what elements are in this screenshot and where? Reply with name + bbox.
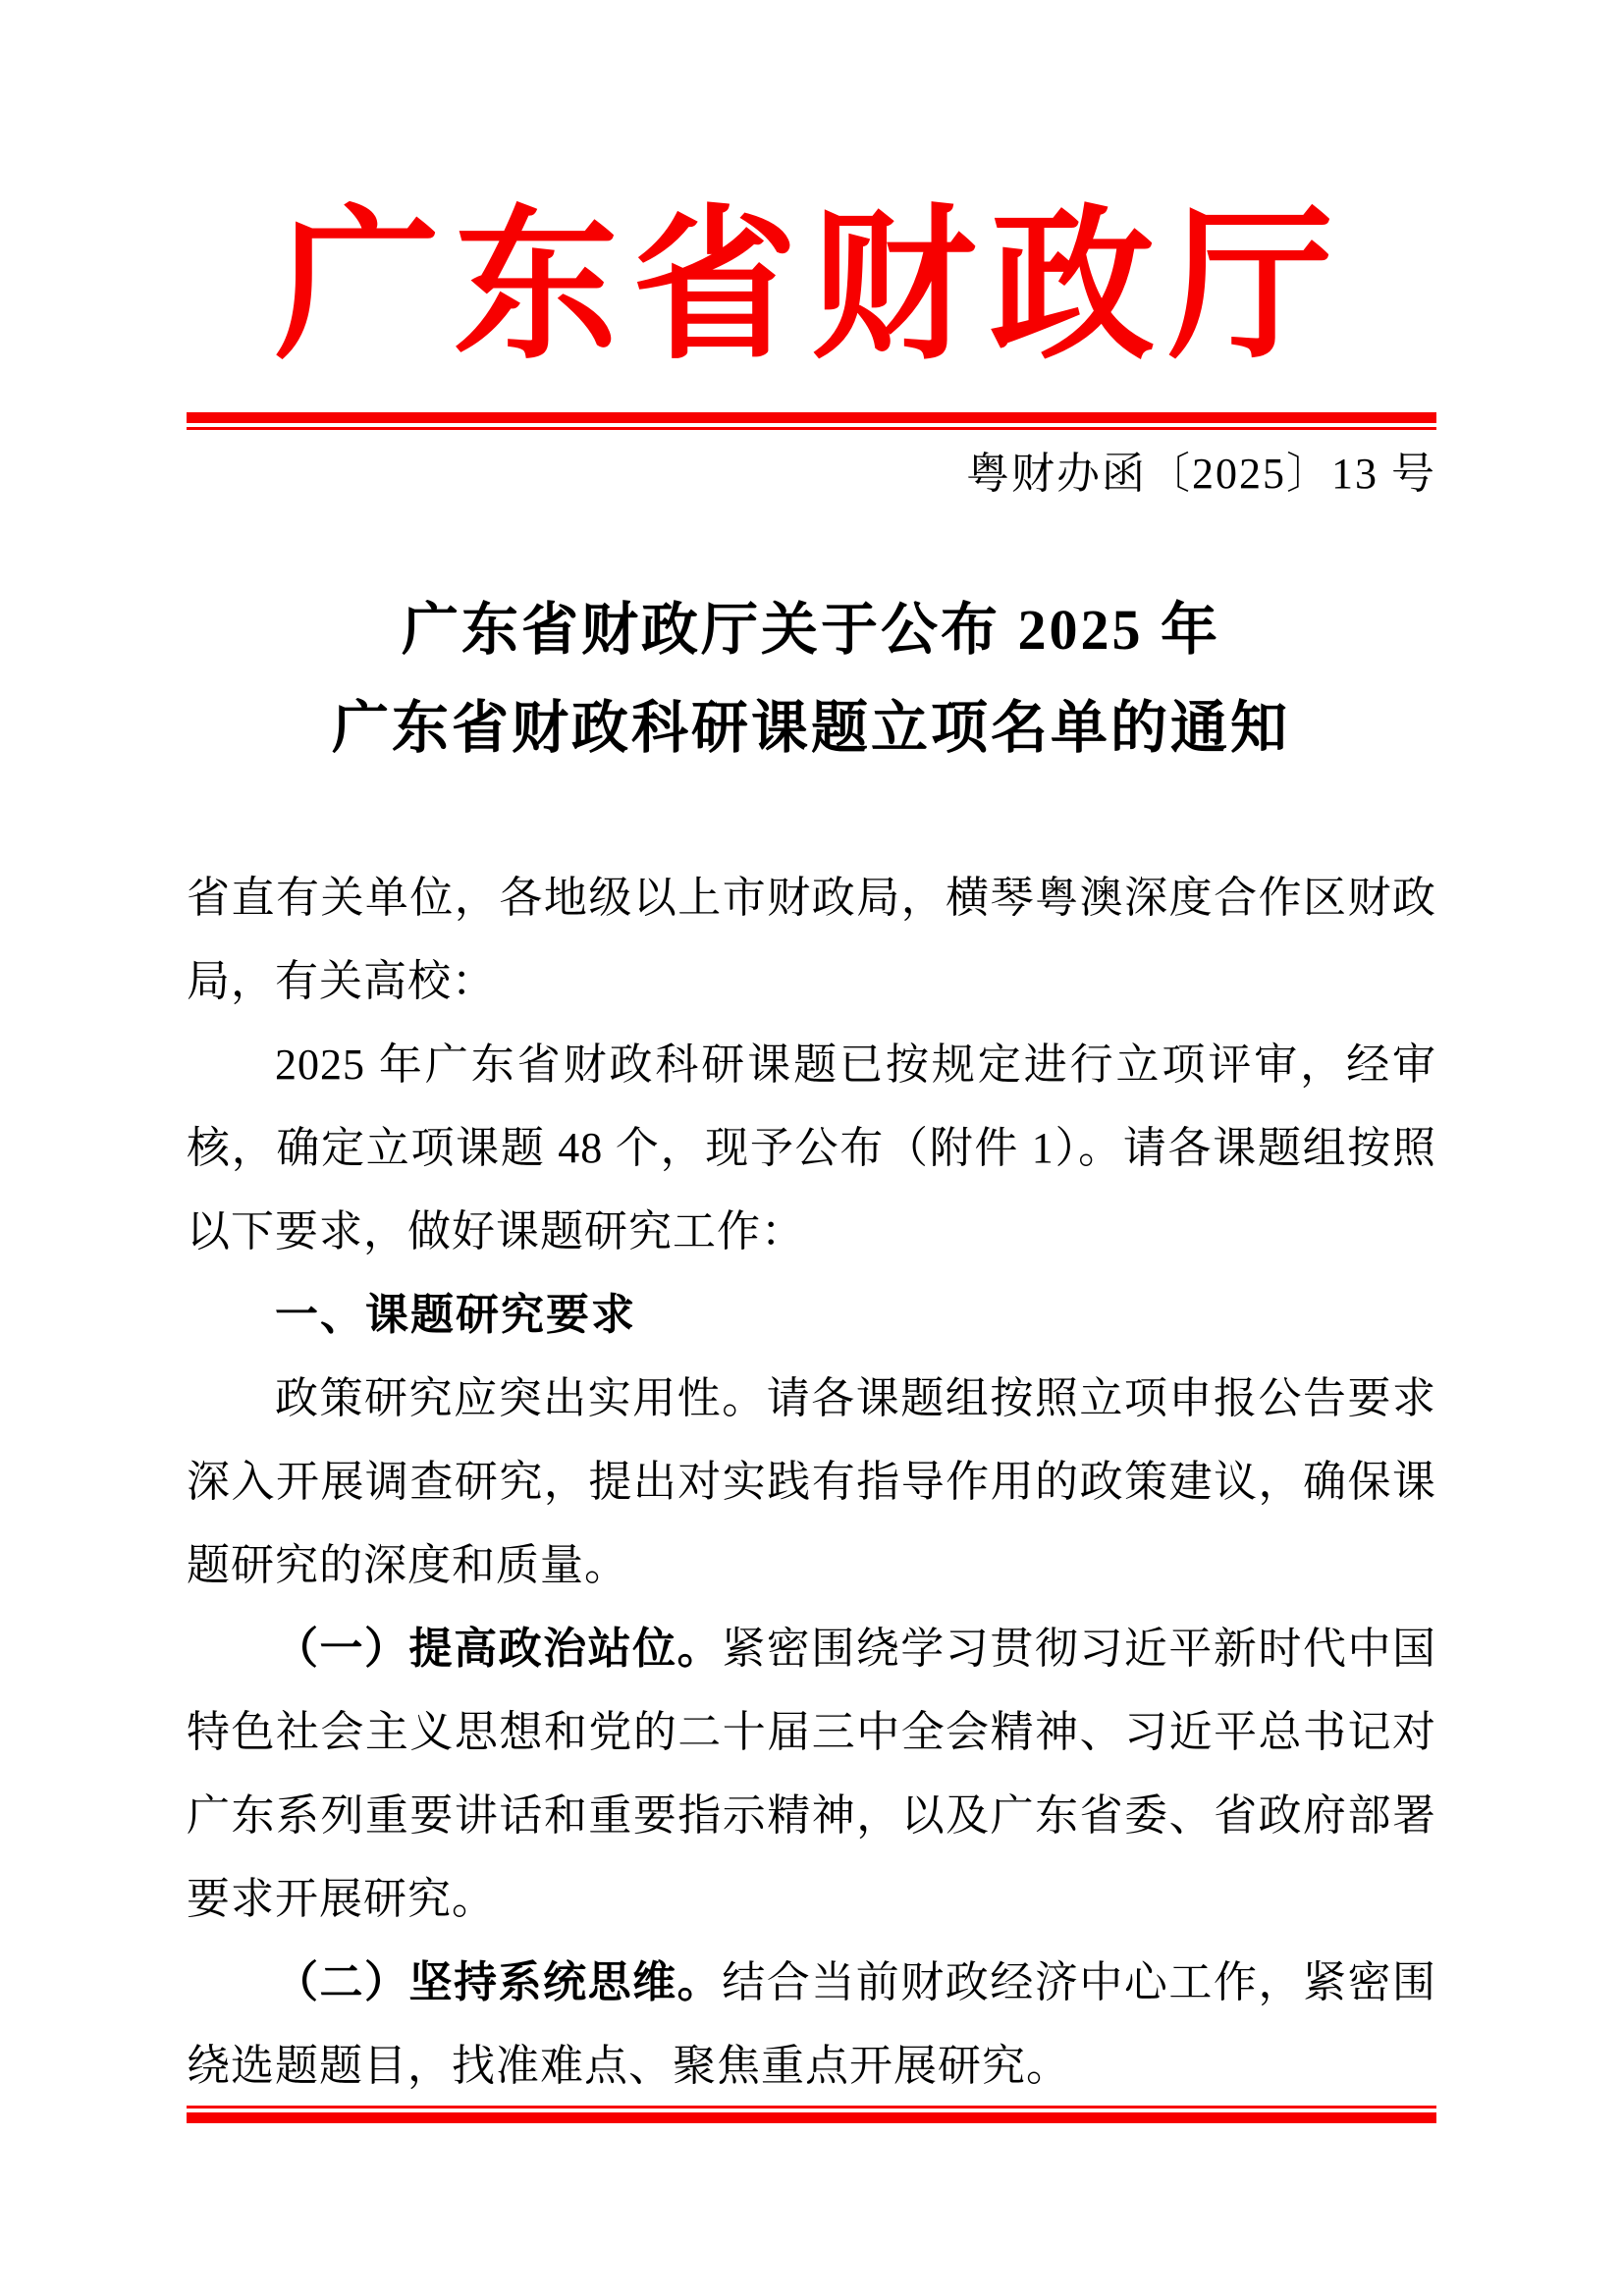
separator-thick-line [187, 412, 1436, 423]
footer-thin-line [187, 2106, 1436, 2109]
item-2-lead: （二）坚持系统思维。 [275, 1958, 722, 2006]
item-1-paragraph: （一）提高政治站位。紧密围绕学习贯彻习近平新时代中国特色社会主义思想和党的二十届… [187, 1607, 1436, 1941]
doc-title-line2: 广东省财政科研课题立项名单的通知 [0, 679, 1622, 777]
section-1-heading: 一、课题研究要求 [187, 1273, 1436, 1357]
document-body: 省直有关单位，各地级以上市财政局，横琴粤澳深度合作区财政局，有关高校： 2025… [187, 856, 1436, 2108]
org-masthead-title: 广东省财政厅 [0, 194, 1622, 381]
doc-reference-number: 粤财办函〔2025〕13 号 [187, 448, 1436, 501]
doc-title: 广东省财政厅关于公布 2025 年 广东省财政科研课题立项名单的通知 [0, 581, 1622, 777]
intro-paragraph: 2025 年广东省财政科研课题已按规定进行立项评审，经审核，确定立项课题 48 … [187, 1023, 1436, 1273]
official-document-page: 广东省财政厅 粤财办函〔2025〕13 号 广东省财政厅关于公布 2025 年 … [0, 0, 1622, 2296]
masthead-separator [187, 412, 1436, 430]
doc-title-line1: 广东省财政厅关于公布 2025 年 [0, 581, 1622, 679]
section-1-intro-text: 政策研究应突出实用性。请各课题组按照立项申报公告要求深入开展调查研究，提出对实践… [187, 1374, 1436, 1589]
item-2-paragraph: （二）坚持系统思维。结合当前财政经济中心工作，紧密围绕选题题目，找准难点、聚焦重… [187, 1941, 1436, 2108]
section-1-intro-paragraph: 政策研究应突出实用性。请各课题组按照立项申报公告要求深入开展调查研究，提出对实践… [187, 1357, 1436, 1607]
separator-thin-line [187, 427, 1436, 430]
salutation-paragraph: 省直有关单位，各地级以上市财政局，横琴粤澳深度合作区财政局，有关高校： [187, 856, 1436, 1023]
footer-thick-line [187, 2112, 1436, 2123]
footer-separator [187, 2106, 1436, 2123]
item-1-lead: （一）提高政治站位。 [275, 1625, 722, 1673]
